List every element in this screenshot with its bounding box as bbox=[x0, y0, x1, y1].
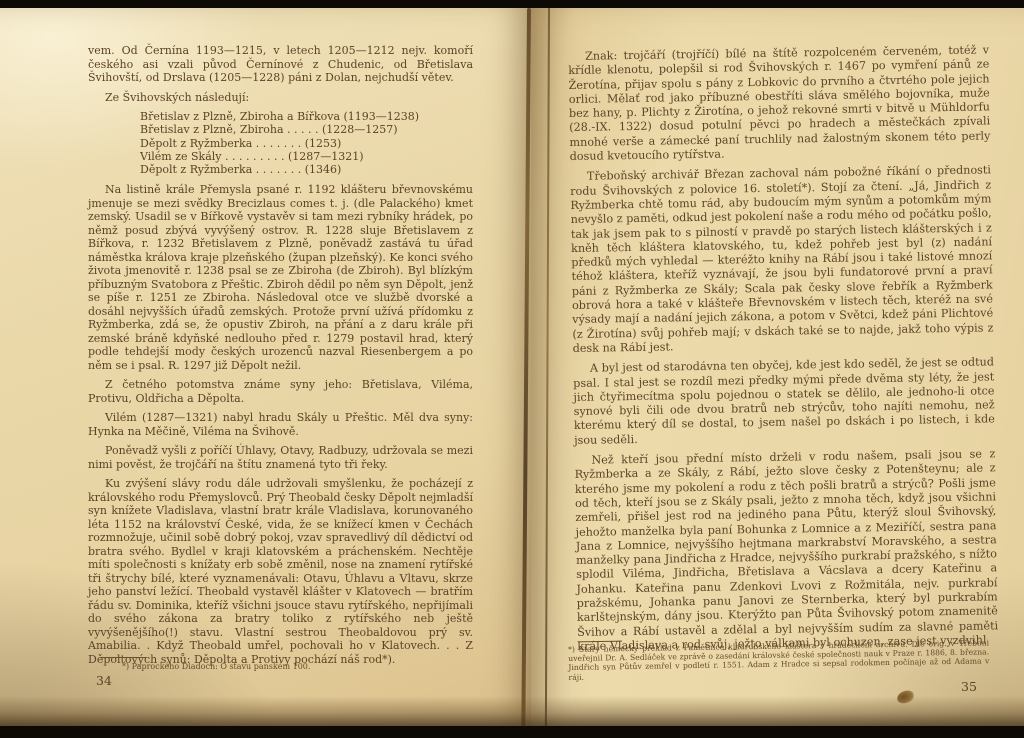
page-bottom-shadow bbox=[0, 696, 1024, 726]
paragraph: Třeboňský archivář Březan zachoval nám p… bbox=[570, 164, 994, 356]
paragraph: Než kteří jsou přední místo drželi v rod… bbox=[574, 447, 998, 654]
book-scan: vem. Od Černína 1193—1215, v letech 1205… bbox=[0, 0, 1024, 738]
footnote: *) Starý německý překlad z Pamětnice kla… bbox=[568, 638, 990, 681]
genealogy-entry: Břetislav z Plzně, Zbiroha . . . . . (12… bbox=[140, 123, 473, 136]
genealogy-entry: Břetislav z Plzně, Zbiroha a Bířkova (11… bbox=[140, 110, 473, 123]
paragraph: Ku zvýšení slávy rodu dále udržovali smy… bbox=[88, 477, 473, 666]
page-number: 35 bbox=[961, 679, 977, 694]
genealogy-list: Břetislav z Plzně, Zbiroha a Bířkova (11… bbox=[140, 110, 473, 176]
page-number: 34 bbox=[96, 673, 112, 688]
scan-bottom-edge bbox=[0, 726, 1024, 738]
paragraph: A byl jest od starodávna ten obyčej, kde… bbox=[573, 356, 995, 448]
paragraph: Poněvadž vyšli z poříčí Úhlavy, Otavy, R… bbox=[88, 444, 473, 471]
genealogy-entry: Vilém ze Skály . . . . . . . . . (1287—1… bbox=[140, 150, 473, 163]
genealogy-entry: Děpolt z Ryžmberka . . . . . . . (1253) bbox=[140, 137, 473, 150]
paragraph: Na listině krále Přemysla psané r. 1192 … bbox=[88, 183, 473, 372]
scan-top-edge bbox=[0, 0, 1024, 8]
right-page-text: Znak: trojčáří (trojříčí) bílé na štítě … bbox=[568, 43, 999, 660]
paragraph: Vilém (1287—1321) nabyl hradu Skály u Př… bbox=[88, 411, 473, 438]
genealogy-heading: Ze Švihovských následují: bbox=[88, 91, 473, 105]
paragraph: Z četného potomstva známe syny jeho: Bře… bbox=[88, 378, 473, 405]
paragraph: vem. Od Černína 1193—1215, v letech 1205… bbox=[88, 44, 473, 85]
paragraph: Znak: trojčáří (trojříčí) bílé na štítě … bbox=[568, 43, 991, 164]
footnote: *) Paprockého Diadoch: O stavu panském 1… bbox=[122, 662, 372, 672]
footnote-rule bbox=[100, 657, 146, 658]
left-page-text: vem. Od Černína 1193—1215, v letech 1205… bbox=[88, 44, 473, 672]
genealogy-entry: Děpolt z Ryžmberka . . . . . . . (1346) bbox=[140, 163, 473, 176]
